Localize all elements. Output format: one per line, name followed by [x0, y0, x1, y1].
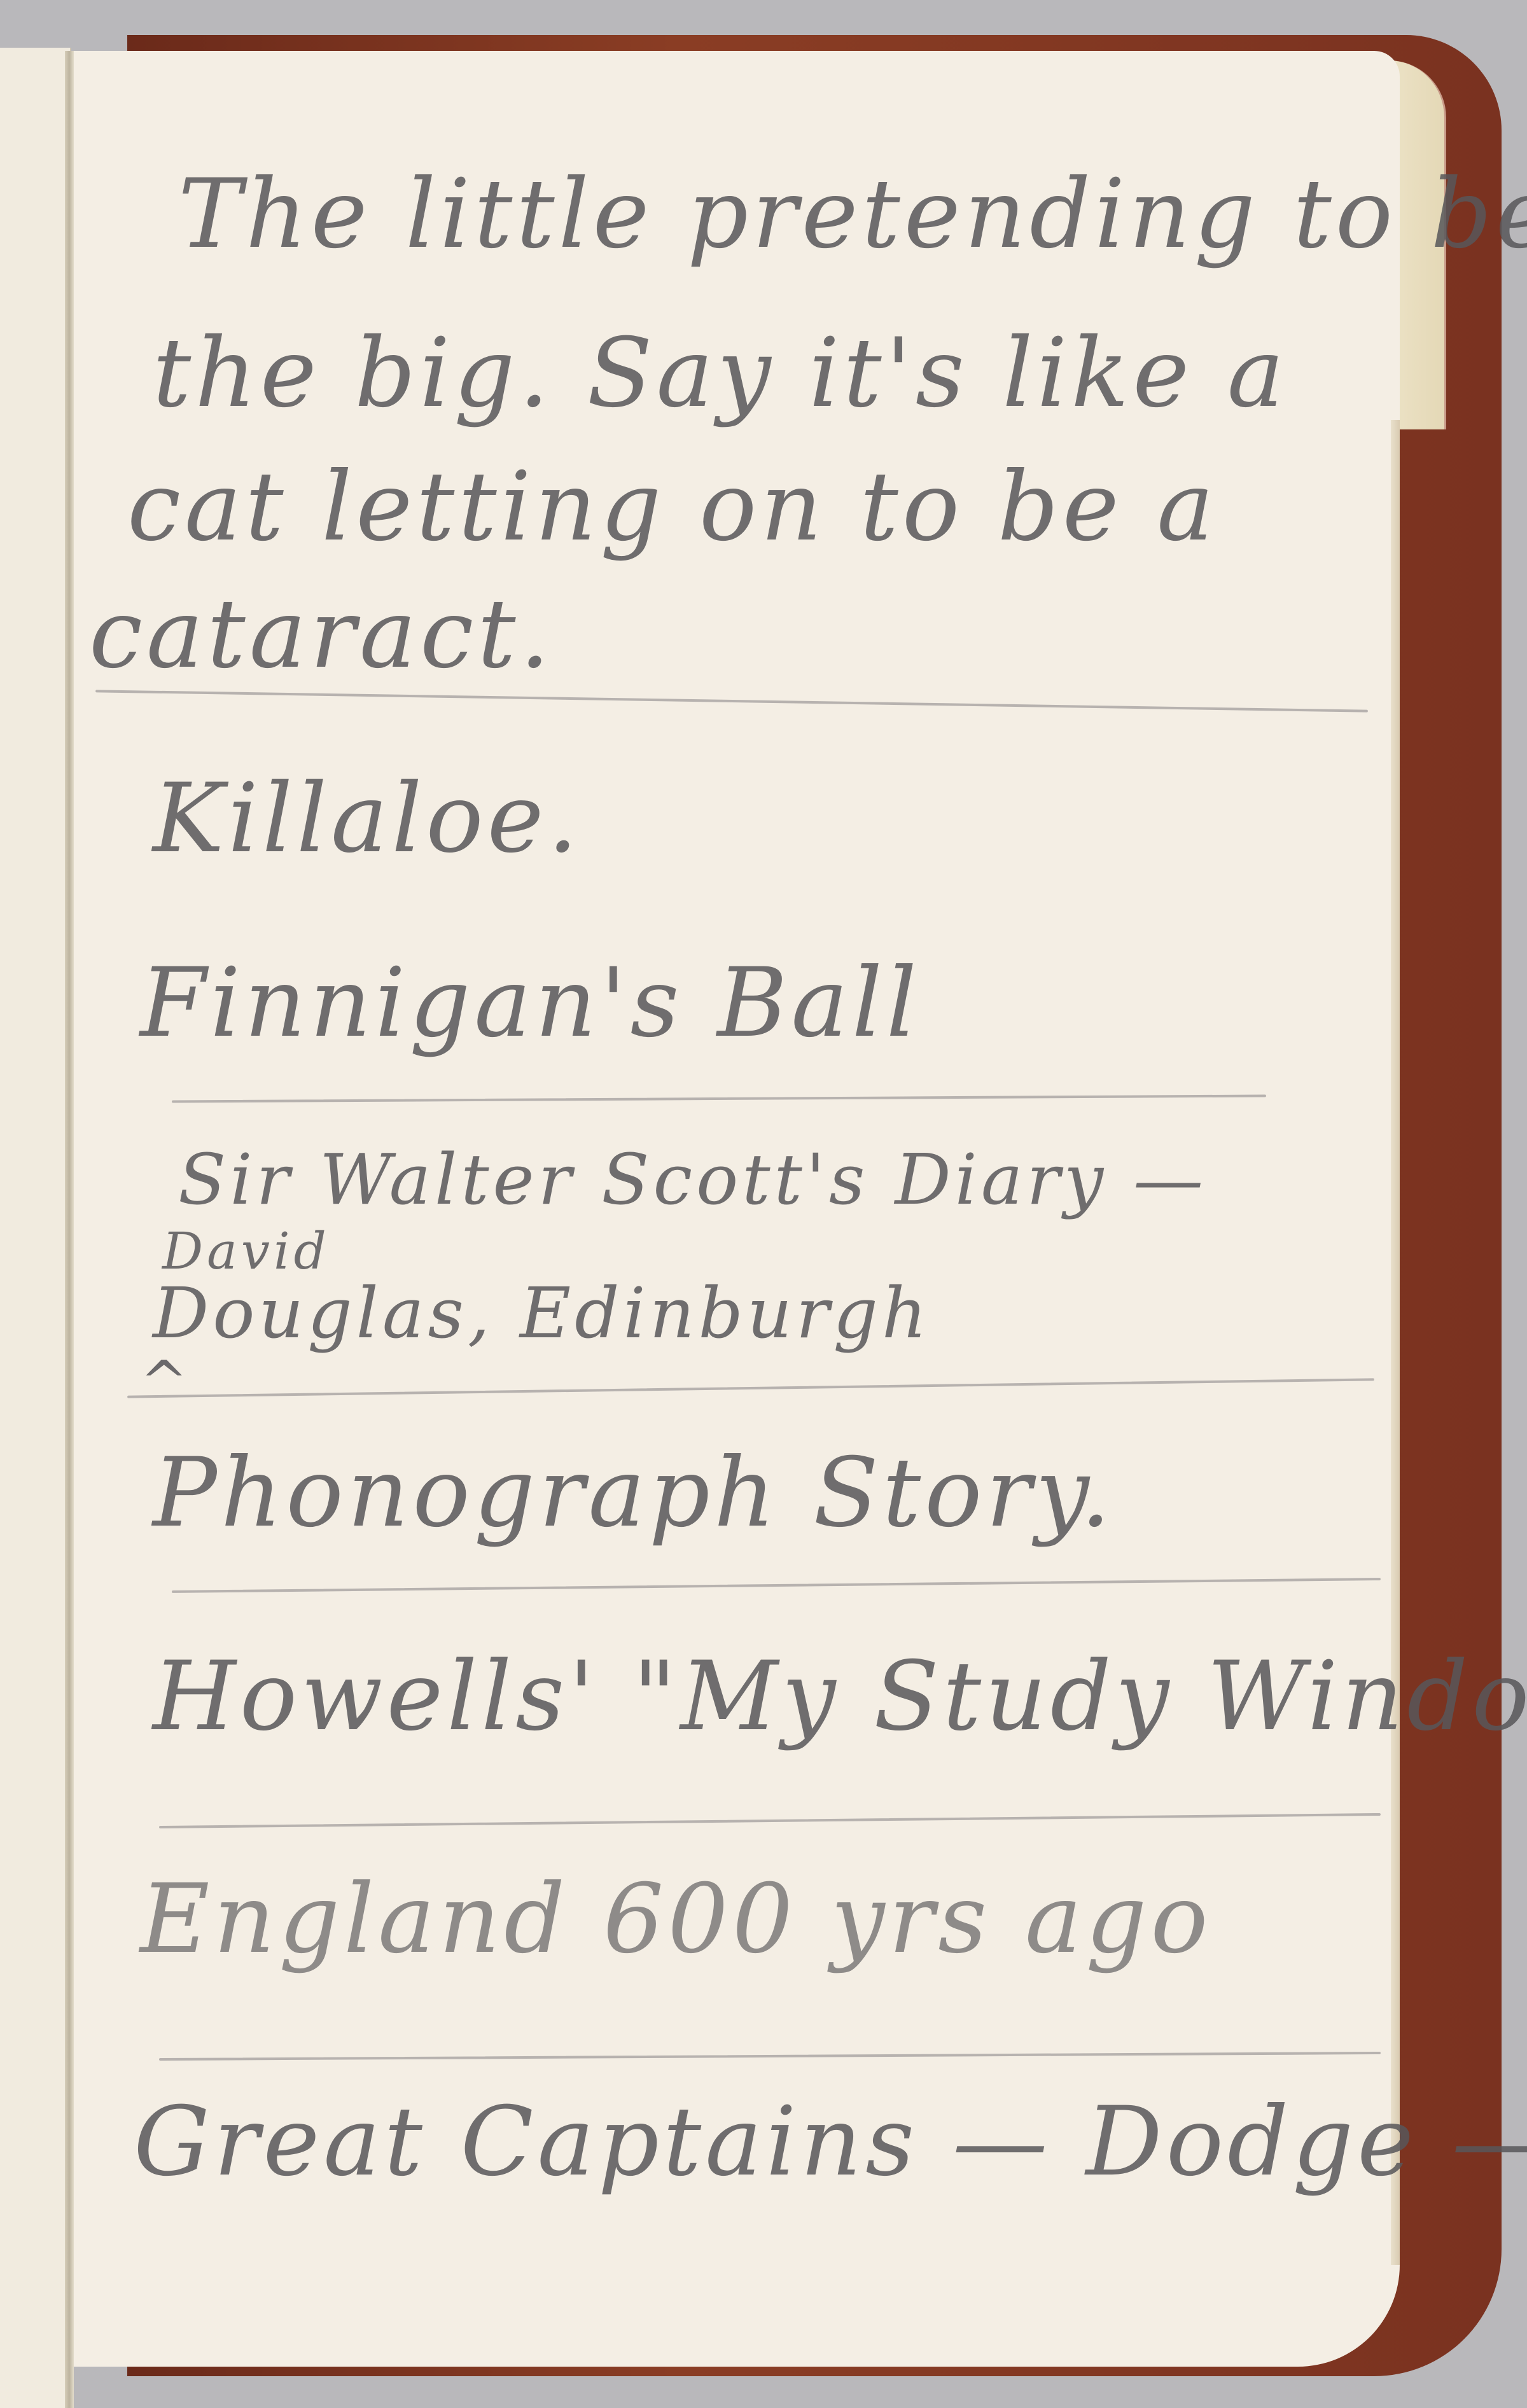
entry-killaloe: Killaloe.	[153, 763, 582, 874]
binding-gutter	[65, 51, 74, 2408]
entry-great-captains: Great Captains — Dodge — Ticknor	[134, 2087, 1527, 2197]
insertion-caret: ^	[140, 1349, 188, 1416]
entry-phonograph-story: Phonograph Story.	[153, 1438, 1115, 1548]
entry-scott-diary: Sir Walter Scott's Diary —	[178, 1139, 1207, 1220]
entry-1-line-4: cataract.	[89, 579, 554, 690]
entry-douglas-edinburgh: Douglas, Edinburgh	[153, 1272, 931, 1354]
entry-1-line-2: the big. Say it's like a	[153, 318, 1288, 429]
entry-finnigans-ball: Finnigan's Ball	[140, 948, 921, 1059]
left-page-edge	[0, 48, 71, 2408]
entry-howells-study-windows: Howells' "My Study Windows"	[153, 1641, 1527, 1752]
entry-1-line-1: The little pretending to be	[178, 159, 1527, 270]
entry-england-600-yrs: England 600 yrs ago	[140, 1864, 1212, 1975]
entry-1-line-3: cat letting on to be a	[127, 452, 1218, 562]
